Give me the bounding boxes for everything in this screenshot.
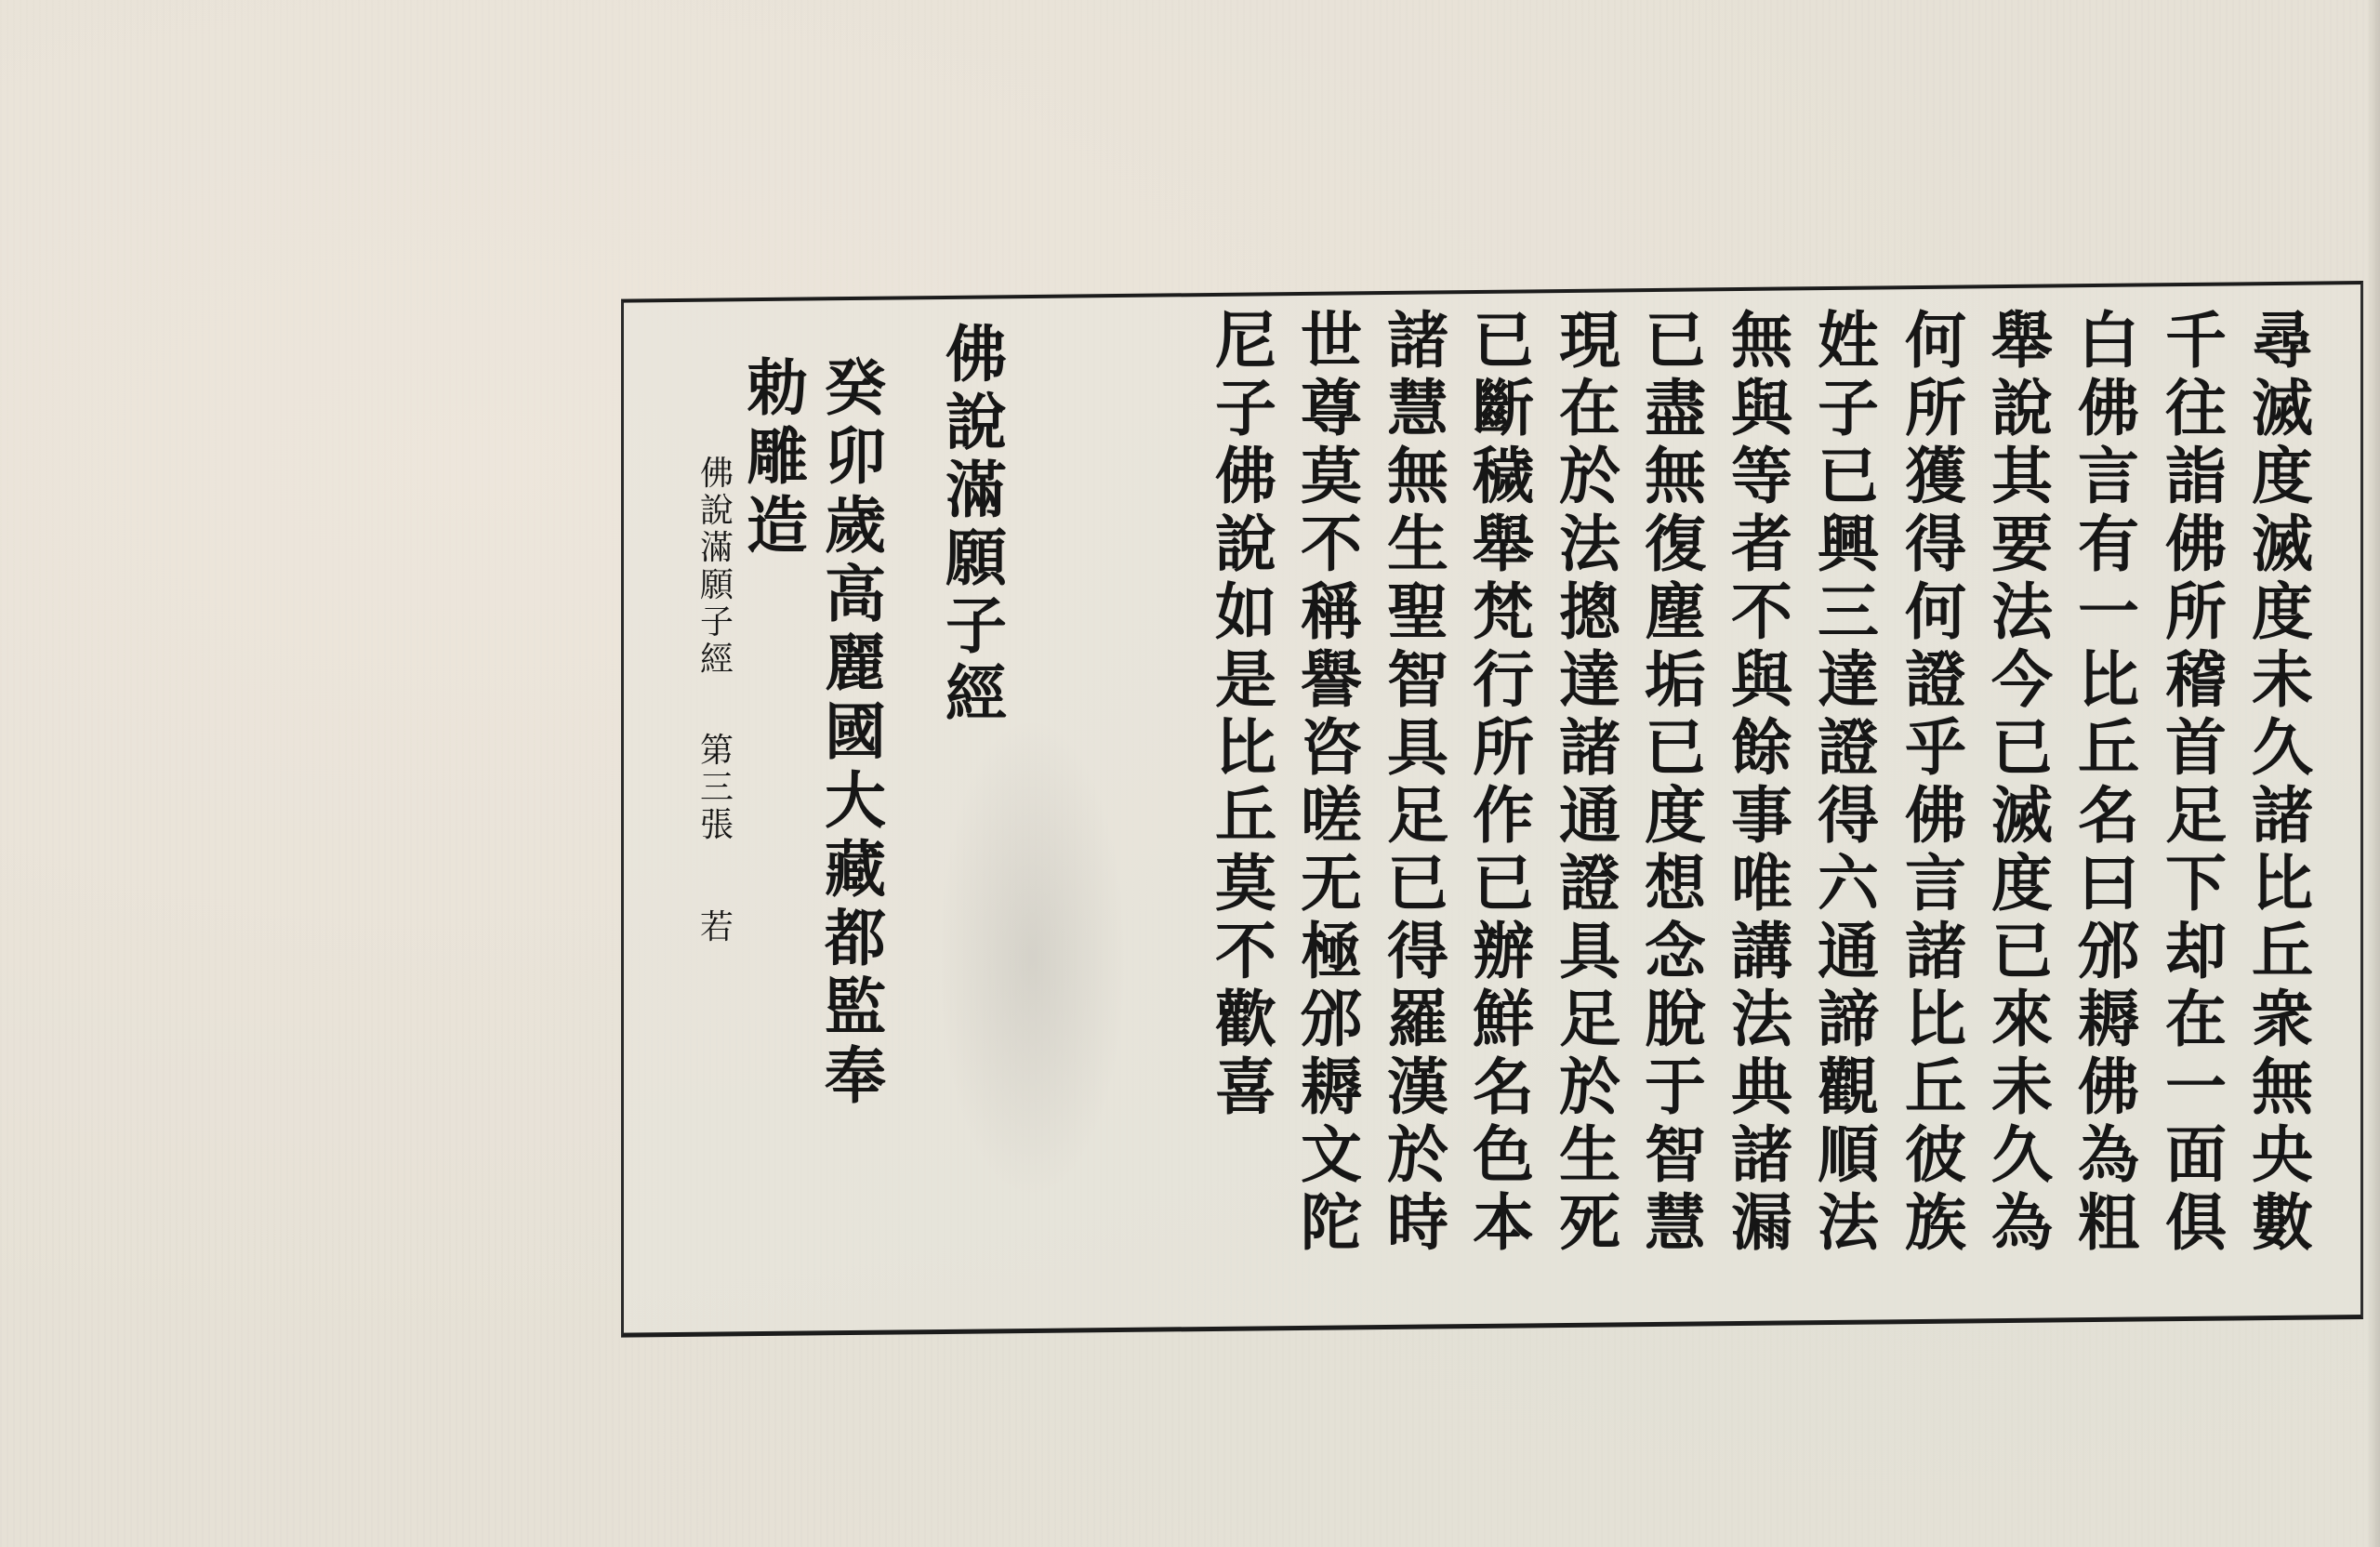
text-column-10: 已斷穢舉梵行所作已辦鮮名色本	[1464, 307, 1542, 1257]
character: 乎	[1897, 714, 1975, 782]
character: 曰	[2069, 850, 2148, 918]
character: 癸	[816, 353, 894, 422]
character: 如	[1207, 578, 1285, 646]
character: 久	[2243, 714, 2321, 782]
character: 譽	[1292, 646, 1370, 714]
character: 尼	[1207, 307, 1285, 375]
character: 已	[1464, 307, 1542, 375]
margin-case-mark: 若	[695, 909, 738, 946]
character: 族	[1897, 1189, 1975, 1257]
character: 漏	[1723, 1189, 1801, 1257]
character: 梵	[1464, 578, 1542, 646]
text-column-7: 無與等者不與餘事唯講法典諸漏	[1723, 307, 1801, 1257]
character: 陀	[1292, 1189, 1370, 1257]
sutra-title-column: 佛說滿願子經	[937, 321, 1015, 728]
character: 何	[1897, 307, 1975, 375]
character: 于	[1636, 1053, 1714, 1121]
character: 證	[1809, 714, 1887, 782]
character: 穢	[1464, 443, 1542, 510]
character: 何	[1897, 578, 1975, 646]
character: 所	[1897, 375, 1975, 443]
character: 法	[1551, 510, 1629, 578]
character: 耨	[1292, 1053, 1370, 1121]
character: 已	[1636, 714, 1714, 782]
character: 講	[1723, 918, 1801, 985]
colophon-text-1: 癸卯歲高麗國大藏都監奉	[816, 353, 894, 1110]
character: 復	[1636, 510, 1714, 578]
character: 丘	[1207, 782, 1285, 850]
character: 法	[1723, 985, 1801, 1053]
character: 一	[2069, 578, 2148, 646]
character: 三	[695, 770, 738, 807]
sutra-title: 佛說滿願子經	[937, 321, 1015, 728]
character: 餘	[1723, 714, 1801, 782]
character: 為	[1983, 1189, 2061, 1257]
character: 已	[1809, 443, 1887, 510]
character: 智	[1379, 646, 1457, 714]
character: 第	[695, 733, 738, 770]
character: 與	[1723, 375, 1801, 443]
character: 都	[816, 904, 894, 972]
character: 稽	[2157, 646, 2235, 714]
character: 願	[937, 524, 1015, 592]
character: 足	[1551, 985, 1629, 1053]
character: 慧	[1636, 1189, 1714, 1257]
character: 為	[2069, 1121, 2148, 1189]
character: 白	[2069, 307, 2148, 375]
character: 所	[1464, 714, 1542, 782]
character: 已	[1379, 850, 1457, 918]
character: 一	[2157, 1053, 2235, 1121]
character: 無	[1723, 307, 1801, 375]
character: 未	[2243, 646, 2321, 714]
text-column-1: 尋滅度滅度未久諸比丘衆無央數	[2243, 307, 2321, 1257]
character: 子	[1809, 375, 1887, 443]
character: 邠	[2069, 918, 2148, 985]
character: 國	[816, 697, 894, 766]
colophon-text-2: 勅雕造	[738, 353, 816, 560]
character: 斷	[1464, 375, 1542, 443]
character: 文	[1292, 1121, 1370, 1189]
character: 諸	[1379, 307, 1457, 375]
character: 滅	[2243, 375, 2321, 443]
character: 下	[2157, 850, 2235, 918]
character: 監	[816, 972, 894, 1041]
character: 滅	[1983, 782, 2061, 850]
character: 諦	[1809, 985, 1887, 1053]
character: 死	[1551, 1189, 1629, 1257]
margin-sutra-title: 佛說滿願子經	[695, 456, 738, 679]
text-column-2: 千往詣佛所稽首足下却在一面俱	[2157, 307, 2235, 1257]
character: 舉	[1983, 307, 2061, 375]
character: 尋	[2243, 307, 2321, 375]
character: 鮮	[1464, 985, 1542, 1053]
character: 唯	[1723, 850, 1801, 918]
character: 具	[1551, 918, 1629, 985]
character: 者	[1723, 510, 1801, 578]
character: 久	[1983, 1121, 2061, 1189]
character: 說	[695, 493, 738, 530]
character: 嗟	[1292, 782, 1370, 850]
character: 麗	[816, 628, 894, 697]
character: 達	[1551, 646, 1629, 714]
character: 通	[1551, 782, 1629, 850]
character: 言	[2069, 443, 2148, 510]
ink-smudge	[930, 697, 1134, 1218]
text-column-5: 何所獲得何證乎佛言諸比丘彼族	[1897, 307, 1975, 1257]
character: 諸	[1551, 714, 1629, 782]
character: 聖	[1379, 578, 1457, 646]
character: 得	[1379, 918, 1457, 985]
text-column-11: 諸慧無生聖智具足已得羅漢於時	[1379, 307, 1457, 1257]
character: 歲	[816, 491, 894, 560]
character: 所	[2157, 578, 2235, 646]
character: 首	[2157, 714, 2235, 782]
character: 度	[1983, 850, 2061, 918]
character: 佛	[2069, 375, 2148, 443]
character: 佛	[1897, 782, 1975, 850]
character: 說	[1983, 375, 2061, 443]
character: 世	[1292, 307, 1370, 375]
character: 咨	[1292, 714, 1370, 782]
character: 粗	[2069, 1189, 2148, 1257]
character: 佛	[937, 321, 1015, 389]
character: 法	[1983, 578, 2061, 646]
character: 諸	[1723, 1121, 1801, 1189]
character: 滿	[695, 530, 738, 567]
character: 等	[1723, 443, 1801, 510]
character: 念	[1636, 918, 1714, 985]
character: 有	[2069, 510, 2148, 578]
character: 莫	[1292, 443, 1370, 510]
character: 已	[1983, 918, 2061, 985]
character: 尊	[1292, 375, 1370, 443]
character: 羅	[1379, 985, 1457, 1053]
character: 舉	[1464, 510, 1542, 578]
character: 時	[1379, 1189, 1457, 1257]
character: 足	[1379, 782, 1457, 850]
character: 雕	[738, 422, 816, 491]
character: 已	[1464, 850, 1542, 918]
character: 諸	[1897, 918, 1975, 985]
character: 比	[1207, 714, 1285, 782]
character: 千	[2157, 307, 2235, 375]
character: 佛	[695, 456, 738, 493]
character: 度	[1636, 782, 1714, 850]
character: 於	[1551, 1053, 1629, 1121]
character: 事	[1723, 782, 1801, 850]
character: 諸	[2243, 782, 2321, 850]
character: 滅	[2243, 510, 2321, 578]
character: 无	[1292, 850, 1370, 918]
text-column-12: 世尊莫不稱譽咨嗟无極邠耨文陀	[1292, 307, 1370, 1257]
character: 無	[2243, 1053, 2321, 1121]
character: 卯	[816, 422, 894, 491]
character: 已	[1983, 714, 2061, 782]
text-column-9: 現在於法摠達諸通證具足於生死	[1551, 307, 1629, 1257]
character: 無	[1379, 443, 1457, 510]
colophon-line-1: 癸卯歲高麗國大藏都監奉	[816, 353, 894, 1110]
character: 子	[695, 604, 738, 641]
character: 現	[1551, 307, 1629, 375]
character: 觀	[1809, 1053, 1887, 1121]
character: 詣	[2157, 443, 2235, 510]
character: 佛	[2069, 1053, 2148, 1121]
character: 要	[1983, 510, 2061, 578]
character: 在	[1551, 375, 1629, 443]
character: 不	[1723, 578, 1801, 646]
character: 名	[1464, 1053, 1542, 1121]
character: 衆	[2243, 985, 2321, 1053]
character: 邠	[1292, 985, 1370, 1053]
character: 達	[1809, 646, 1887, 714]
character: 奉	[816, 1041, 894, 1110]
character: 比	[2243, 850, 2321, 918]
text-column-6: 姓子已興三達證得六通諦觀順法	[1809, 307, 1887, 1257]
character: 本	[1464, 1189, 1542, 1257]
character: 經	[937, 660, 1015, 728]
text-column-4: 舉說其要法今已滅度已來未久為	[1983, 307, 2061, 1257]
character: 度	[2243, 443, 2321, 510]
character: 在	[2157, 985, 2235, 1053]
character: 佛	[1207, 443, 1285, 510]
character: 喜	[1207, 1053, 1285, 1121]
character: 央	[2243, 1121, 2321, 1189]
character: 已	[1636, 307, 1714, 375]
character: 漢	[1379, 1053, 1457, 1121]
character: 丘	[1897, 1053, 1975, 1121]
character: 却	[2157, 918, 2235, 985]
text-column-13: 尼子佛說如是比丘莫不歡喜	[1207, 307, 1285, 1121]
character: 張	[695, 807, 738, 844]
character: 塵	[1636, 578, 1714, 646]
character: 俱	[2157, 1189, 2235, 1257]
character: 證	[1551, 850, 1629, 918]
character: 想	[1636, 850, 1714, 918]
character: 不	[1207, 918, 1285, 985]
character: 度	[2243, 578, 2321, 646]
character: 得	[1809, 782, 1887, 850]
character: 足	[2157, 782, 2235, 850]
character: 說	[1207, 510, 1285, 578]
character: 若	[695, 909, 738, 946]
character: 法	[1809, 1189, 1887, 1257]
character: 子	[1207, 375, 1285, 443]
character: 未	[1983, 1053, 2061, 1121]
character: 證	[1897, 646, 1975, 714]
character: 其	[1983, 443, 2061, 510]
margin-label-column: 佛說滿願子經 第三張 若	[695, 456, 738, 946]
character: 彼	[1897, 1121, 1975, 1189]
character: 今	[1983, 646, 2061, 714]
character: 色	[1464, 1121, 1542, 1189]
character: 與	[1723, 646, 1801, 714]
character: 面	[2157, 1121, 2235, 1189]
character: 佛	[2157, 510, 2235, 578]
character: 姓	[1809, 307, 1887, 375]
text-column-8: 已盡無復塵垢已度想念脫于智慧	[1636, 307, 1714, 1257]
character: 生	[1551, 1121, 1629, 1189]
character: 比	[1897, 985, 1975, 1053]
character: 垢	[1636, 646, 1714, 714]
character: 順	[1809, 1121, 1887, 1189]
character: 往	[2157, 375, 2235, 443]
character: 藏	[816, 835, 894, 904]
character: 名	[2069, 782, 2148, 850]
character: 莫	[1207, 850, 1285, 918]
character: 造	[738, 491, 816, 560]
margin-sheet-number: 第三張	[695, 733, 738, 844]
character: 比	[2069, 646, 2148, 714]
colophon-line-2: 勅雕造	[738, 353, 816, 560]
character: 作	[1464, 782, 1542, 850]
character: 說	[937, 389, 1015, 456]
character: 歡	[1207, 985, 1285, 1053]
character: 智	[1636, 1121, 1714, 1189]
character: 行	[1464, 646, 1542, 714]
character: 不	[1292, 510, 1370, 578]
character: 丘	[2243, 918, 2321, 985]
character: 辦	[1464, 918, 1542, 985]
character: 經	[695, 641, 738, 679]
character: 三	[1809, 578, 1887, 646]
character: 願	[695, 567, 738, 604]
character: 具	[1379, 714, 1457, 782]
character: 丘	[2069, 714, 2148, 782]
character: 大	[816, 766, 894, 835]
character: 勅	[738, 353, 816, 422]
character: 言	[1897, 850, 1975, 918]
character: 耨	[2069, 985, 2148, 1053]
character: 生	[1379, 510, 1457, 578]
character: 是	[1207, 646, 1285, 714]
character: 於	[1379, 1121, 1457, 1189]
character: 高	[816, 560, 894, 628]
character: 滿	[937, 456, 1015, 524]
character: 慧	[1379, 375, 1457, 443]
character: 獲	[1897, 443, 1975, 510]
character: 於	[1551, 443, 1629, 510]
character: 無	[1636, 443, 1714, 510]
character: 數	[2243, 1189, 2321, 1257]
text-column-3: 白佛言有一比丘名曰邠耨佛為粗	[2069, 307, 2148, 1257]
character: 脫	[1636, 985, 1714, 1053]
page-edge-shadow	[2367, 0, 2380, 1547]
character: 典	[1723, 1053, 1801, 1121]
character: 盡	[1636, 375, 1714, 443]
character: 興	[1809, 510, 1887, 578]
character: 子	[937, 592, 1015, 660]
character: 通	[1809, 918, 1887, 985]
character: 來	[1983, 985, 2061, 1053]
character: 摠	[1551, 578, 1629, 646]
character: 極	[1292, 918, 1370, 985]
character: 稱	[1292, 578, 1370, 646]
character: 六	[1809, 850, 1887, 918]
character: 得	[1897, 510, 1975, 578]
